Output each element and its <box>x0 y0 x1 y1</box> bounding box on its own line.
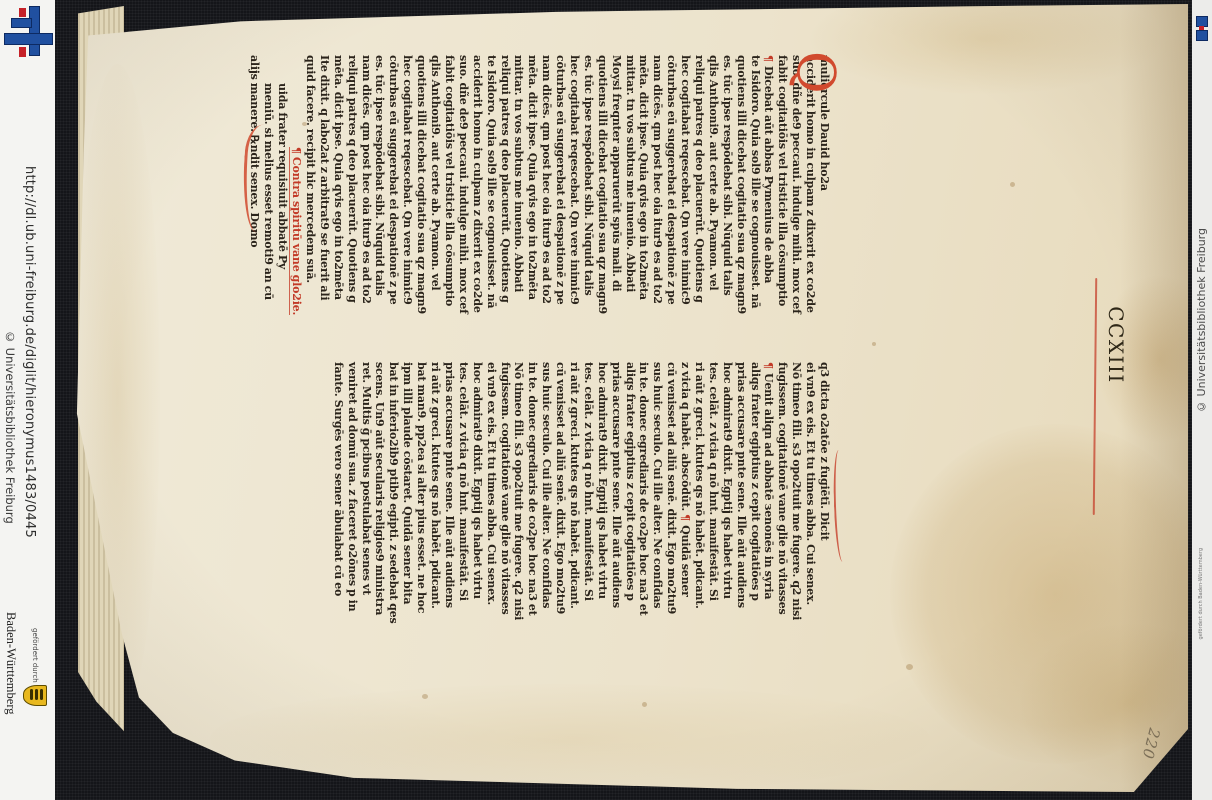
text-line: qlis Anthoni9. aut certe ab. Pyamon. vel <box>428 55 442 352</box>
text-line: mēta. dicit ipse. Quia qvis ego in to2mē… <box>331 55 345 352</box>
manuscript-leaf: CCXIII muliercule Dauid ho2aacciderit ho… <box>60 4 1188 792</box>
text-line: quotiens illi dicebat cogitatio sua qz m… <box>595 55 609 352</box>
text-column-right: q3 dicta o2atōe z fugiētī. Dicitei vn9 e… <box>330 362 831 668</box>
text-line: fugissem. cogitationē vane glie nō vitas… <box>775 362 789 668</box>
text-line: ei vn9 ex eis. Et tu times abba. Cui sen… <box>484 362 498 668</box>
text-line: nam dicēs. qm post hec oia itur9 es ad t… <box>650 55 664 352</box>
text-line: mēta. dicit ipse. Quia qvis ego in to2mē… <box>525 55 539 352</box>
text-line: reliqui patres q deo placuerūt. Quotiens… <box>692 55 706 352</box>
text-line: bat man9. pp2ea si alter pius esset. ne … <box>414 362 428 668</box>
text-line: sus huic seculo. Cui ille alter. Ne conf… <box>539 362 553 668</box>
text-line: ¶ Uenit aliqn ad abbatē зenonēs in syria <box>762 362 776 668</box>
text-line: hec cogitabat reqescebat. Qn vere inimic… <box>567 55 581 352</box>
text-line: fugissem. cogitationē vane glie nō vitas… <box>498 362 512 668</box>
text-line: in te. donec egrediaris de co2pe hoc na3… <box>525 362 539 668</box>
rubric-stroke <box>832 450 844 562</box>
text-line: mēta. dicit ipse. Quia qvis ego in to2mē… <box>637 55 651 352</box>
text-line: ri aūt z greci. ktutes qs nō habēt. pdic… <box>692 362 706 668</box>
text-line: suo. dñe de9 peccaui. indulge mihi. mox … <box>456 55 470 352</box>
text-line: cōturbas eū suggerebat ei despationē z p… <box>664 55 678 352</box>
text-line: hec cogitabat reqescebat. Qn vere inimic… <box>400 55 414 352</box>
text-line: te Isidoro. Quia sol9 ille se cognouisse… <box>748 55 762 352</box>
text-line: ret. Multis ḡ pcibus postulabat senes vt <box>359 362 373 668</box>
text-line: te Isidoro. Quia sol9 ille se cognouisse… <box>484 55 498 352</box>
ub-freiburg-logo-icon <box>4 6 52 58</box>
text-line: in te. donec egrediaris de co2pe hoc na3… <box>637 362 651 668</box>
text-column-left: muliercule Dauid ho2aacciderit homo in c… <box>245 55 831 352</box>
copyright-text: © Universitätsbibliothek Freiburg <box>1195 228 1208 413</box>
text-line: tes. celāt. z vicia q nō hnt. manifestāt… <box>706 362 720 668</box>
rotated-page-content: CCXIII muliercule Dauid ho2aacciderit ho… <box>60 4 1188 792</box>
text-line: hoc admirat9 dixit. Egptij qs habet virt… <box>595 362 609 668</box>
copyright-text: © Universitätsbibliothek Freiburg <box>3 330 17 524</box>
text-line: hec cogitabat reqescebat. Qn vere inimic… <box>678 55 692 352</box>
text-line: fante. Surgēs vero sener ābulabat cū eo <box>331 362 345 668</box>
text-line: meniū. si melius esset remoti9 an cū <box>261 55 275 352</box>
text-line: z vicia q habēt. abscōdūt. ¶ Quidā sener <box>678 362 692 668</box>
text-line: qlis Anthoni9. aut certe ab. Pyamon. vel <box>706 55 720 352</box>
text-line: nam dicēs. qm post hec oia itur9 es ad t… <box>359 55 373 352</box>
text-line: cū venisset ad aliū senē. dixit. Ego mo2… <box>553 362 567 668</box>
text-line: ri aūt z greci. ktutes qs nō habēt. pdic… <box>567 362 581 668</box>
text-line: mittar. tn vos subtus me inuenio. Abbati <box>512 55 526 352</box>
text-line: q3 dicta o2atōe z fugiētī. Dicit <box>817 362 831 668</box>
text-line: reliqui patres q deo placuerūt. Quotiens… <box>498 55 512 352</box>
text-line: sus huic seculo. Cui ille alter. Ne conf… <box>650 362 664 668</box>
text-line: hoc admirat9 dixit. Egptij qs habet virt… <box>470 362 484 668</box>
text-line: Ite dixit. q labo2at z arbitrat9 se fuer… <box>317 55 331 352</box>
text-line: quid facere. recipit hic mercedem suā. <box>303 55 317 352</box>
ub-freiburg-logo-icon <box>1194 16 1210 46</box>
text-line: cōturbas eū suggerebat ei despationē z p… <box>387 55 401 352</box>
text-line: hoc admirat9 dixit. Egptij qs habet virt… <box>720 362 734 668</box>
text-line: uida frater requisiuit abbatē PyQ <box>275 55 289 352</box>
text-line: ipm illi plaude cōstaret. Quidā sener bi… <box>400 362 414 668</box>
text-line: quotiens illi dicebat cogitatio sua qz m… <box>414 55 428 352</box>
funding-caption: gefördert durch <box>31 628 39 683</box>
folio-underline-stroke <box>1093 278 1097 515</box>
source-url-text: http://dl.ub.uni-freiburg.de/diglit/hier… <box>22 166 37 538</box>
text-line: cōturbas eū suggerebat ei despationē z p… <box>553 55 567 352</box>
text-line: prias accusare pnte sene. Ille aūt audie… <box>609 362 623 668</box>
text-line: es. tūc ipse respōdebat sibi. Nūquid tal… <box>581 55 595 352</box>
text-line: Nō timeo fili. s3 opo2tuit me fugere. q2… <box>512 362 526 668</box>
text-line: veniret ad domū sua. z faceret o2ōnes p … <box>345 362 359 668</box>
text-line: nam dicēs. qm post hec oia itur9 es ad t… <box>539 55 553 352</box>
left-info-strip: http://dl.ub.uni-freiburg.de/diglit/hier… <box>0 0 55 800</box>
text-line: Moysi freqnter apparuerūt spūs mali. di <box>609 55 623 352</box>
scan-viewer: { "colors": { "background": "#141519", "… <box>0 0 1212 800</box>
text-line: ei vn9 ex eis. Et tu times abba. Cui sen… <box>803 362 817 668</box>
text-line: fabit cogitatiōis vel tristicie illa cōs… <box>442 55 456 352</box>
text-line: ¶ Dicebat aūt abbas Pymenius de abba <box>762 55 776 352</box>
text-line: prias accusare pnte sene. Ille aūt audie… <box>442 362 456 668</box>
text-line: es. tūc ipse respōdebat sibi. Nūquid tal… <box>373 55 387 352</box>
pencil-foliation: 220 <box>1138 726 1163 761</box>
text-line: aliqs frater egiptius z cepit cogitatiōe… <box>623 362 637 668</box>
text-line: cū venisset ad aliū senē. dixit. Ego mo2… <box>664 362 678 668</box>
text-line: tes. celāt. z vicia q nō hnt. manifestāt… <box>581 362 595 668</box>
text-line: mittar. tn vos subtus me inuenio. Abbati <box>623 55 637 352</box>
folio-number: CCXIII <box>1104 285 1128 405</box>
text-line: acciderit homo in culpam z dixerit ex co… <box>803 55 817 352</box>
baden-wuerttemberg-coat-of-arms-icon <box>22 682 48 708</box>
text-line: es. tūc ipse respōdebat sibi. Nūquid tal… <box>720 55 734 352</box>
text-line: suo. dñe de9 peccaui. indulge mihi. mox … <box>789 55 803 352</box>
text-line: reliqui patres q deo placuerūt. Quotiens… <box>345 55 359 352</box>
text-line: ri aūt z greci. ktutes qs nō habēt. pdic… <box>428 362 442 668</box>
right-info-strip: © Universitätsbibliothek Freiburg geförd… <box>1192 0 1212 800</box>
funding-small-text: gefördert durch Baden-Württemberg <box>1198 548 1204 639</box>
text-line: acciderit homo in culpam z dixerit ex co… <box>470 55 484 352</box>
text-line: aliqs frater egiptius z cepit cogitatiōe… <box>748 362 762 668</box>
text-line: Nō timeo fili. s3 opo2tuit me fugere. q2… <box>789 362 803 668</box>
text-line: prias accusare pnte sene. Ille aūt audie… <box>734 362 748 668</box>
rubric-heading-line: ¶ Contra spiritū vane glo2ie. <box>289 55 303 352</box>
text-line: bat in inferio2ib9 ptib9 egipti. z sedeb… <box>387 362 401 668</box>
text-line: muliercule Dauid ho2a <box>817 55 831 352</box>
region-name-text: Baden-Württemberg <box>3 612 18 715</box>
text-line: quotiens illi dicebat cogitatio sua qz m… <box>734 55 748 352</box>
large-initial-q: Q <box>789 51 841 93</box>
text-line: scens. Un9 aūt secularis religios9 minis… <box>373 362 387 668</box>
text-line: tes. celāt. z vicia q nō hnt. manifestāt… <box>456 362 470 668</box>
text-line: fabit cogitatiōis vel tristicie illa cōs… <box>775 55 789 352</box>
